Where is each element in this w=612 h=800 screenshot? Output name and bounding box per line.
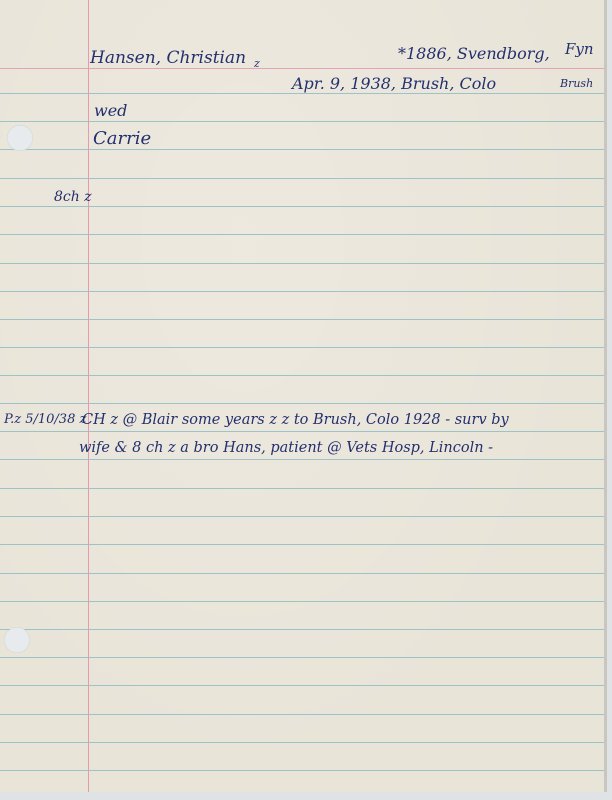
ruled-line <box>0 234 607 235</box>
person-name: Hansen, Christian <box>90 50 246 67</box>
ruled-line <box>0 459 607 460</box>
birth-info: *1886, Svendborg, <box>398 46 550 62</box>
ruled-line <box>0 291 607 292</box>
ruled-line <box>0 601 607 602</box>
punch-hole-bottom <box>4 627 30 653</box>
ruled-line <box>0 685 607 686</box>
ruled-line <box>0 544 607 545</box>
header-rule <box>0 68 607 69</box>
notebook-page: Hansen, Christian z *1886, Svendborg, Fy… <box>0 0 607 792</box>
ruled-line <box>0 742 607 743</box>
ruled-line <box>0 206 607 207</box>
ruled-line <box>0 263 607 264</box>
ruled-line <box>0 375 607 376</box>
birth-place-note: Fyn <box>565 42 594 57</box>
ruled-line <box>0 431 607 432</box>
ruled-line <box>0 347 607 348</box>
ruled-line <box>0 93 607 94</box>
note-line-2: wife & 8 ch z a bro Hans, patient @ Vets… <box>79 441 493 456</box>
ruled-line <box>0 629 607 630</box>
ruled-line <box>0 714 607 715</box>
spouse-name: Carrie <box>93 130 151 148</box>
death-place-note: Brush <box>560 78 593 89</box>
ruled-line <box>0 488 607 489</box>
ruled-line <box>0 657 607 658</box>
punch-hole-top <box>7 125 33 151</box>
ruled-line <box>0 178 607 179</box>
ruled-line <box>0 403 607 404</box>
ruled-line <box>0 770 607 771</box>
ruled-line <box>0 121 607 122</box>
name-suffix: z <box>254 58 260 69</box>
children-count: 8ch z <box>54 190 92 204</box>
ruled-line <box>0 319 607 320</box>
ruled-line <box>0 516 607 517</box>
ruled-line <box>0 149 607 150</box>
paper-edge <box>604 0 607 792</box>
note-line-1: CH z @ Blair some years z z to Brush, Co… <box>82 413 509 428</box>
death-info: Apr. 9, 1938, Brush, Colo <box>292 76 496 92</box>
ruled-line <box>0 573 607 574</box>
margin-line <box>88 0 89 792</box>
married-label: wed <box>94 103 127 119</box>
source-reference: P.z 5/10/38 z <box>4 413 86 426</box>
